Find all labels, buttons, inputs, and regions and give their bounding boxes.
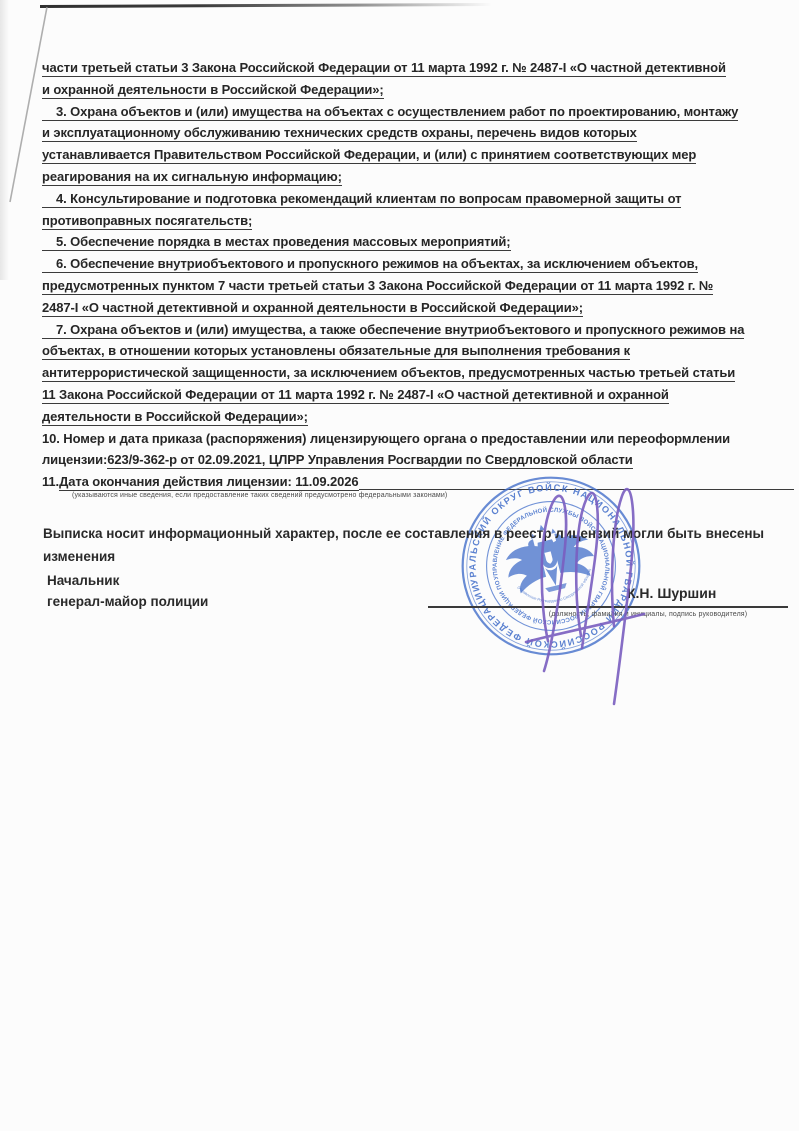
body-line: части третьей статьи 3 Закона Российской… (42, 60, 794, 77)
body-line-underlined-text: Дата окончания действия лицензии: 11.09.… (59, 474, 359, 491)
body-line-underlined-text: и охранной деятельности в Российской Фед… (42, 82, 384, 99)
body-line: предусмотренных пунктом 7 части третьей … (42, 278, 794, 295)
body-line-underlined-text: предусмотренных пунктом 7 части третьей … (42, 278, 713, 295)
body-line-underlined-text: антитеррористической защищенности, за ис… (42, 365, 735, 382)
body-line-underlined-text: противоправных посягательств; (42, 213, 252, 230)
scan-edge-top-line (40, 3, 492, 8)
body-line-underlined-text: реагирования на их сигнальную информацию… (42, 169, 342, 186)
body-line-underlined-text: части третьей статьи 3 Закона Российской… (42, 60, 726, 77)
body-line-underlined-text: устанавливается Правительством Российско… (42, 147, 696, 164)
body-line: антитеррористической защищенности, за ис… (42, 365, 794, 382)
body-line: устанавливается Правительством Российско… (42, 147, 794, 164)
body-line: реагирования на их сигнальную информацию… (42, 169, 794, 186)
body-line: и эксплуатационному обслуживанию техниче… (42, 125, 794, 142)
body-line-underlined-text: 5. Обеспечение порядка в местах проведен… (42, 234, 511, 251)
body-line: 5. Обеспечение порядка в местах проведен… (42, 234, 794, 251)
body-line: 10. Номер и дата приказа (распоряжения) … (42, 431, 794, 448)
signer-position-line1: Начальник (47, 573, 119, 588)
license-body-text: части третьей статьи 3 Закона Российской… (42, 60, 794, 530)
body-line-underlined-text: 3. Охрана объектов и (или) имущества на … (42, 104, 738, 121)
body-line: 3. Охрана объектов и (или) имущества на … (42, 104, 794, 121)
body-line-underlined-text: 7. Охрана объектов и (или) имущества, а … (42, 322, 744, 339)
body-line: деятельности в Российской Федерации»; (42, 409, 794, 426)
scan-edge-left-shade (0, 0, 9, 280)
body-line: объектах, в отношении которых установлен… (42, 343, 794, 360)
body-line-underlined-text: 11 Закона Российской Федерации от 11 мар… (42, 387, 669, 404)
handwritten-signature (486, 466, 721, 716)
fields-caption: (указываются иные сведения, если предост… (72, 492, 447, 499)
body-line: 4. Консультирование и подготовка рекомен… (42, 191, 794, 208)
body-line-underlined-text: деятельности в Российской Федерации»; (42, 409, 308, 426)
signer-position-line2: генерал-майор полиции (47, 594, 208, 609)
body-line: 7. Охрана объектов и (или) имущества, а … (42, 322, 794, 339)
scanned-license-extract-page: части третьей статьи 3 Закона Российской… (0, 0, 799, 1131)
body-line: 2487-I «О частной детективной и охранной… (42, 300, 794, 317)
body-line: и охранной деятельности в Российской Фед… (42, 82, 794, 99)
body-line: противоправных посягательств; (42, 213, 794, 230)
body-line-underlined-text: 2487-I «О частной детективной и охранной… (42, 300, 583, 317)
body-line-plain-text: лицензии: (42, 452, 107, 469)
body-line: 6. Обеспечение внутриобъектового и пропу… (42, 256, 794, 273)
body-line-underlined-text: и эксплуатационному обслуживанию техниче… (42, 125, 637, 142)
body-line: 11 Закона Российской Федерации от 11 мар… (42, 387, 794, 404)
body-line-underlined-text: объектах, в отношении которых установлен… (42, 343, 630, 360)
body-line-underlined-text: 4. Консультирование и подготовка рекомен… (42, 191, 681, 208)
body-line-underlined-text: 6. Обеспечение внутриобъектового и пропу… (42, 256, 698, 273)
body-line-plain-text: 11. (42, 474, 59, 491)
info-note-line2: изменения (43, 549, 115, 564)
body-line-plain-text: 10. Номер и дата приказа (распоряжения) … (42, 431, 730, 448)
